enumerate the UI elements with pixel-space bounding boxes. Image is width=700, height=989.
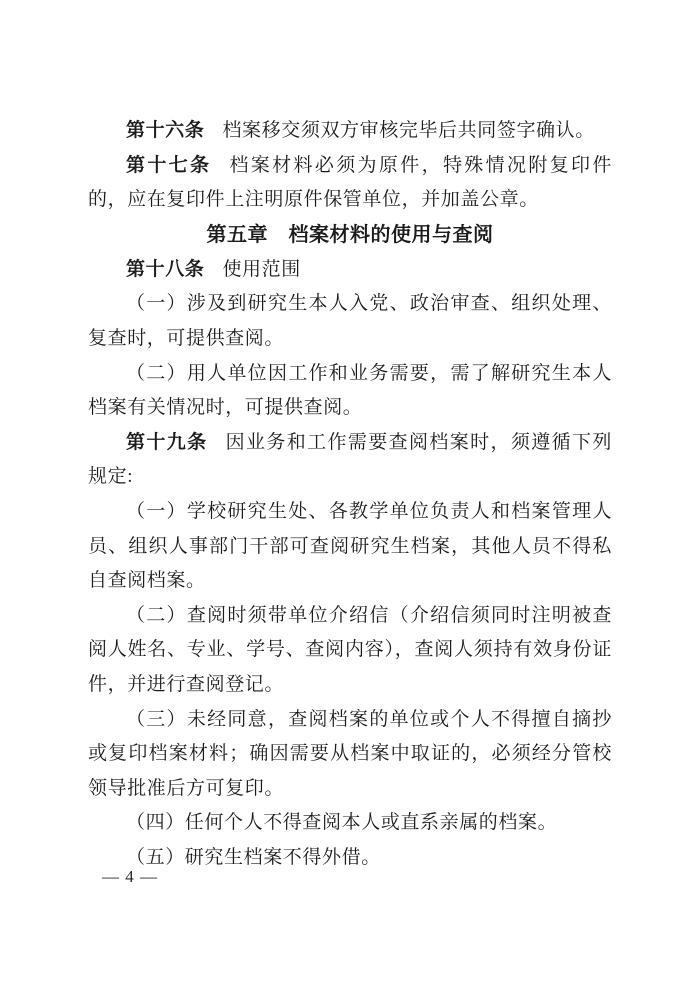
article-18-text: 使用范围 — [222, 259, 300, 280]
article-19: 第十九条因业务和工作需要查阅档案时，须遵循下列规定: — [88, 426, 612, 495]
article-19-item-2: （二）查阅时须带单位介绍信（介绍信须同时注明被查阅人姓名、专业、学号、查阅内容）… — [88, 599, 612, 703]
document-body: 第十六条档案移交须双方审核完毕后共同签字确认。 第十七条档案材料必须为原件，特殊… — [88, 114, 612, 875]
article-19-item-4: （四）任何个人不得查阅本人或直系亲属的档案。 — [88, 806, 612, 841]
article-18-item-1: （一）涉及到研究生本人入党、政治审查、组织处理、复查时，可提供查阅。 — [88, 287, 612, 356]
page-number: — 4 — — [102, 867, 158, 887]
article-19-item-3: （三）未经同意，查阅档案的单位或个人不得擅自摘抄或复印档案材料；确因需要从档案中… — [88, 703, 612, 807]
article-17-number: 第十七条 — [126, 155, 211, 176]
article-16: 第十六条档案移交须双方审核完毕后共同签字确认。 — [88, 114, 612, 149]
document-page: 第十六条档案移交须双方审核完毕后共同签字确认。 第十七条档案材料必须为原件，特殊… — [0, 0, 700, 989]
chapter-5-heading: 第五章 档案材料的使用与查阅 — [88, 218, 612, 253]
article-16-text: 档案移交须双方审核完毕后共同签字确认。 — [222, 120, 594, 141]
article-16-number: 第十六条 — [126, 120, 204, 141]
article-17: 第十七条档案材料必须为原件，特殊情况附复印件的，应在复印件上注明原件保管单位，并… — [88, 149, 612, 218]
article-18-number: 第十八条 — [126, 259, 204, 280]
article-18: 第十八条使用范围 — [88, 253, 612, 288]
article-19-item-1: （一）学校研究生处、各教学单位负责人和档案管理人员、组织人事部门干部可查阅研究生… — [88, 495, 612, 599]
article-18-item-2: （二）用人单位因工作和业务需要，需了解研究生本人档案有关情况时，可提供查阅。 — [88, 357, 612, 426]
article-19-number: 第十九条 — [126, 432, 208, 453]
article-19-item-5: （五）研究生档案不得外借。 — [88, 841, 612, 876]
